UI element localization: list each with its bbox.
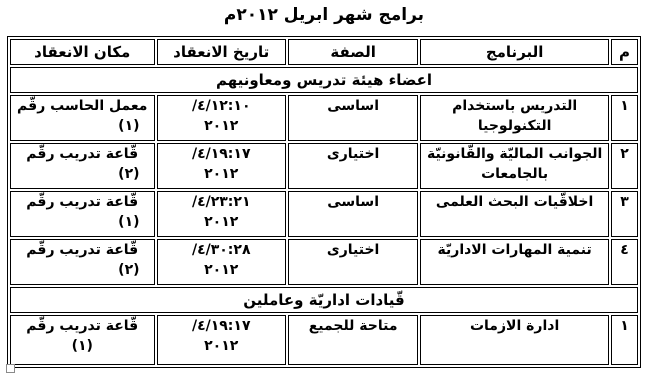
- attribute-cell: اختيارى: [288, 143, 418, 189]
- attribute-cell: متاحة للجميع: [288, 315, 418, 365]
- program-cell: الجوانب الماليّة والقّانونيّة بالجامعات: [420, 143, 609, 189]
- date-range: /٤/١٩:١٧: [160, 144, 283, 164]
- section-banner-row: قّيادات اداريّة وعاملين: [10, 287, 638, 313]
- date-cell: /٤/١٩:١٧ ٢٠١٢: [157, 143, 286, 189]
- table-row: ٣ اخلاقّيات البحث العلمى اساسى /٤/٢٣:٢١ …: [10, 191, 638, 237]
- section-title-faculty: اعضاء هيئة تدريس ومعاونيهم: [10, 67, 638, 93]
- row-number: ٢: [611, 143, 638, 189]
- date-year: ٢٠١٢: [204, 166, 238, 182]
- program-cell: تنمية المهارات الاداريّة: [420, 239, 609, 285]
- date-range: /٤/١٩:١٧: [160, 316, 283, 336]
- table-row: ١ ادارة الازمات متاحة للجميع /٤/١٩:١٧ ٢٠…: [10, 315, 638, 365]
- date-range: /٤/٣٠:٢٨: [160, 240, 283, 260]
- date-cell: /٤/٣٠:٢٨ ٢٠١٢: [157, 239, 286, 285]
- attribute-cell: اساسى: [288, 191, 418, 237]
- col-header-num: م: [611, 39, 638, 65]
- place-name: قّاعة تدريب رقّم: [13, 144, 152, 164]
- row-number: ١: [611, 95, 638, 141]
- place-name: قّاعة تدريب رقّم: [13, 192, 152, 212]
- date-year: ٢٠١٢: [204, 262, 238, 278]
- place-cell: قّاعة تدريب رقّم (١): [10, 191, 155, 237]
- place-cell: قّاعة تدريب رقّم (٢): [10, 143, 155, 189]
- place-room-number: (١): [13, 336, 152, 356]
- date-cell: /٤/١٩:١٧ ٢٠١٢: [157, 315, 286, 365]
- place-cell: قّاعة تدريب رقّم (٢): [10, 239, 155, 285]
- row-number: ٣: [611, 191, 638, 237]
- page-title: برامج شهر ابريل ٢٠١٢م: [0, 5, 648, 25]
- section-title-staff: قّيادات اداريّة وعاملين: [10, 287, 638, 313]
- table-row: ٢ الجوانب الماليّة والقّانونيّة بالجامعا…: [10, 143, 638, 189]
- place-room-number: (١): [13, 212, 152, 232]
- program-cell: ادارة الازمات: [420, 315, 609, 365]
- row-number: ١: [611, 315, 638, 365]
- place-room-number: (١): [13, 116, 152, 136]
- date-cell: /٤/١٢:١٠ ٢٠١٢: [157, 95, 286, 141]
- col-header-program: البرنامج: [420, 39, 609, 65]
- place-name: قّاعة تدريب رقّم: [13, 316, 152, 336]
- date-range: /٤/١٢:١٠: [160, 96, 283, 116]
- date-year: ٢٠١٢: [204, 338, 238, 354]
- place-name: قّاعة تدريب رقّم: [13, 240, 152, 260]
- date-cell: /٤/٢٣:٢١ ٢٠١٢: [157, 191, 286, 237]
- attribute-cell: اساسى: [288, 95, 418, 141]
- col-header-date: تاريخ الانعقاد: [157, 39, 286, 65]
- program-cell: التدريس باستخدام التكنولوجيا: [420, 95, 609, 141]
- table-header-row: م البرنامج الصفة تاريخ الانعقاد مكان الا…: [10, 39, 638, 65]
- place-cell: قّاعة تدريب رقّم (١): [10, 315, 155, 365]
- row-number: ٤: [611, 239, 638, 285]
- stray-glyph-box: [6, 364, 15, 373]
- date-year: ٢٠١٢: [204, 214, 238, 230]
- schedule-table: م البرنامج الصفة تاريخ الانعقاد مكان الا…: [7, 36, 641, 368]
- place-room-number: (٢): [13, 164, 152, 184]
- program-cell: اخلاقّيات البحث العلمى: [420, 191, 609, 237]
- table-row: ٤ تنمية المهارات الاداريّة اختيارى /٤/٣٠…: [10, 239, 638, 285]
- place-room-number: (٢): [13, 260, 152, 280]
- col-header-place: مكان الانعقاد: [10, 39, 155, 65]
- date-year: ٢٠١٢: [204, 118, 238, 134]
- attribute-cell: اختيارى: [288, 239, 418, 285]
- table-row: ١ التدريس باستخدام التكنولوجيا اساسى /٤/…: [10, 95, 638, 141]
- date-range: /٤/٢٣:٢١: [160, 192, 283, 212]
- col-header-attribute: الصفة: [288, 39, 418, 65]
- place-name: معمل الحاسب رقّم: [13, 96, 152, 116]
- section-banner-row: اعضاء هيئة تدريس ومعاونيهم: [10, 67, 638, 93]
- place-cell: معمل الحاسب رقّم (١): [10, 95, 155, 141]
